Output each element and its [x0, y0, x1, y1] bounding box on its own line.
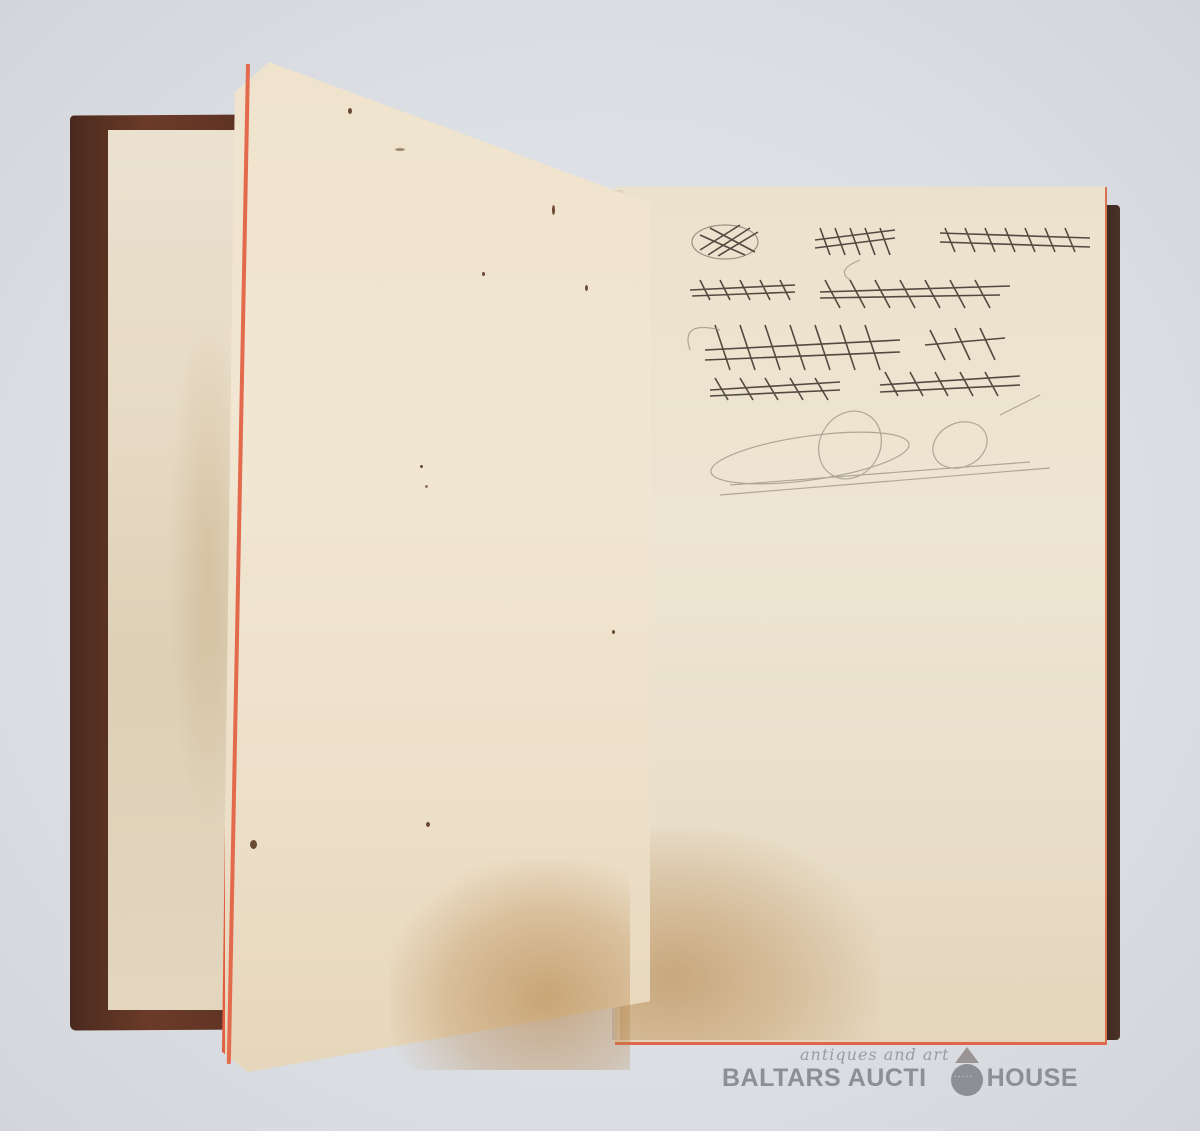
foxing-spot [482, 272, 485, 276]
book-photo: antiques and art BALTARS AUCTIN HOUSE [0, 0, 1200, 1131]
foxing-spot [250, 840, 257, 849]
watermark-name: BALTARS AUCTIN HOUSE [722, 1064, 1078, 1093]
foxing-spot [426, 822, 430, 827]
water-stain-left [390, 860, 630, 1070]
crossed-out-inscriptions [670, 200, 1110, 510]
foxing-spot [425, 485, 428, 488]
watermark-name-part1: BALTARS AUCTI [722, 1064, 927, 1092]
auction-house-watermark: antiques and art BALTARS AUCTIN HOUSE [722, 1047, 1122, 1097]
crown-icon [955, 1047, 979, 1063]
foxing-spot [585, 285, 588, 291]
water-stain-right [620, 830, 880, 1040]
foxing-spot [420, 465, 423, 468]
foxing-spot [395, 148, 405, 151]
watermark-tagline: antiques and art [800, 1045, 950, 1064]
foxing-spot [552, 205, 555, 215]
foxing-spot [348, 108, 352, 114]
foxing-spot [612, 630, 615, 634]
orb-logo-icon [951, 1064, 983, 1096]
